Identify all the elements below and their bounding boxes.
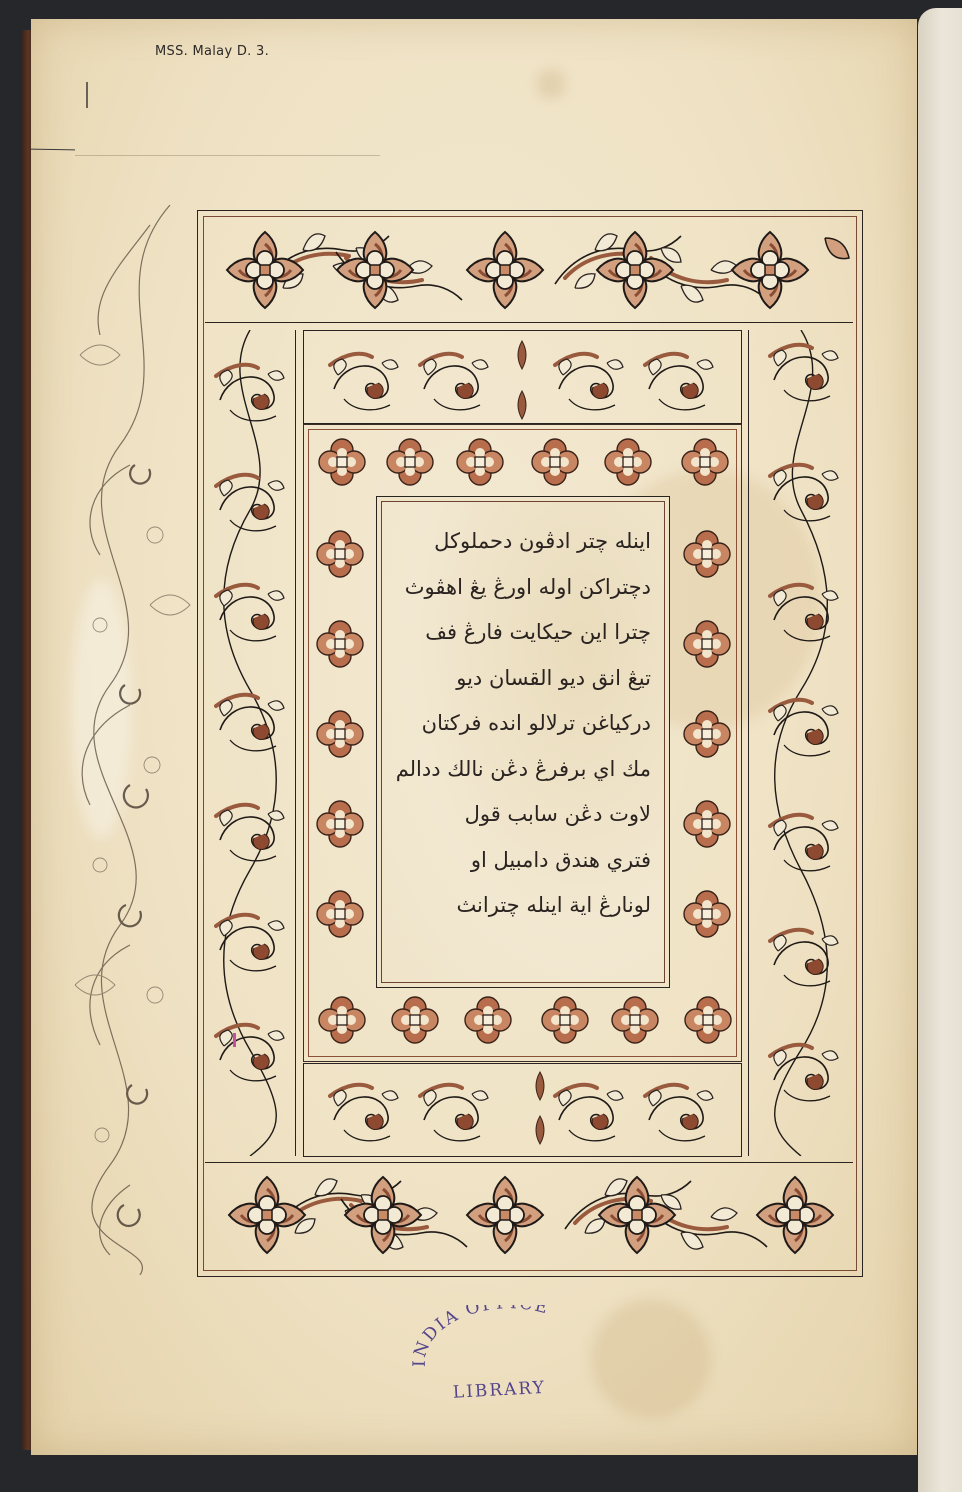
text-line: لونارڠ اية اينله چترانث (393, 883, 651, 929)
right-scroll-column (748, 330, 854, 1156)
jawi-text-block: اينله چتر ادڤون دحملوكل دچتراكن اوله اور… (393, 519, 651, 929)
text-line: تيڠ انق ديو القسان ديو (393, 656, 651, 702)
stamp-line-1: INDIA OFFICE (410, 1305, 552, 1367)
inner-top-scroll-band (303, 330, 742, 424)
pink-mark (233, 1033, 236, 1047)
text-line: چترا اين حيكايت فارڠ فف (393, 610, 651, 656)
text-panel: اينله چتر ادڤون دحملوكل دچتراكن اوله اور… (376, 496, 670, 988)
text-line: لاوت دڠن سابب قول (393, 792, 651, 838)
facing-page-edge (918, 8, 962, 1492)
svg-text:INDIA OFFICE: INDIA OFFICE (410, 1305, 552, 1367)
bottom-floral-band (205, 1162, 853, 1267)
text-line: فتري هندق دامبيل او (393, 838, 651, 884)
text-line: دچتراكن اوله اورڠ يڠ اهڤوث (393, 565, 651, 611)
shelfmark-label: MSS. Malay D. 3. (155, 44, 269, 59)
text-line: مك اي برفرڠ دڠن نالك ددالم (393, 747, 651, 793)
top-floral-band (205, 218, 853, 323)
pencil-mark (86, 82, 88, 108)
india-office-library-stamp: INDIA OFFICE LIBRARY (405, 1305, 605, 1415)
inner-bottom-scroll-band (303, 1063, 742, 1157)
stamp-line-2: LIBRARY (452, 1378, 546, 1403)
text-line: اينله چتر ادڤون دحملوكل (393, 519, 651, 565)
left-scroll-column (205, 330, 296, 1156)
marginal-floral-sketch (60, 205, 200, 1275)
text-line: دركياغن ترلالو انده فركتان (393, 701, 651, 747)
faint-ruling (75, 155, 380, 156)
